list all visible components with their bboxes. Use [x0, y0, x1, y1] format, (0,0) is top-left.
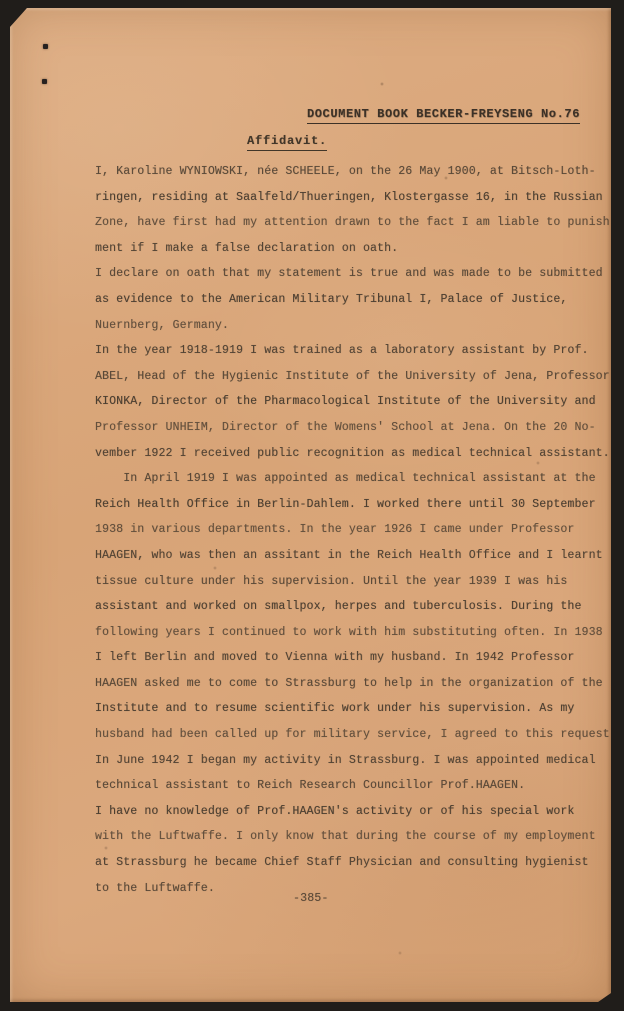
typed-line: Nuernberg, Germany.	[95, 313, 600, 339]
typed-line: I declare on oath that my statement is t…	[95, 261, 600, 287]
document-paper: DOCUMENT BOOK BECKER-FREYSENG No.76 Affi…	[10, 8, 611, 1002]
punch-hole-bottom	[42, 79, 47, 84]
page-number: -385-	[293, 892, 329, 905]
typed-line: at Strassburg he became Chief Staff Phys…	[95, 850, 600, 876]
document-book-header-text: DOCUMENT BOOK BECKER-FREYSENG No.76	[307, 107, 580, 124]
typed-line: with the Luftwaffe. I only know that dur…	[95, 824, 600, 850]
typed-line: technical assistant to Reich Research Co…	[95, 773, 600, 799]
typed-line: Professor UNHEIM, Director of the Womens…	[95, 415, 600, 441]
affidavit-title: Affidavit.	[247, 134, 327, 148]
typed-line: Institute and to resume scientific work …	[95, 696, 600, 722]
typed-line: ringen, residing at Saalfeld/Thueringen,…	[95, 185, 600, 211]
punch-hole-top	[43, 44, 48, 49]
typed-line: Zone, have first had my attention drawn …	[95, 210, 600, 236]
typed-line: I, Karoline WYNIOWSKI, née SCHEELE, on t…	[95, 159, 600, 185]
typed-line: ABEL, Head of the Hygienic Institute of …	[95, 364, 600, 390]
typed-line: assistant and worked on smallpox, herpes…	[95, 594, 600, 620]
typed-line: as evidence to the American Military Tri…	[95, 287, 600, 313]
typed-line: In April 1919 I was appointed as medical…	[95, 466, 600, 492]
typed-line: husband had been called up for military …	[95, 722, 600, 748]
typed-line: HAAGEN asked me to come to Strassburg to…	[95, 671, 600, 697]
typed-line: KIONKA, Director of the Pharmacological …	[95, 389, 600, 415]
affidavit-title-text: Affidavit.	[247, 134, 327, 151]
typed-line: vember 1922 I received public recognitio…	[95, 441, 600, 467]
typed-line: In June 1942 I began my activity in Stra…	[95, 748, 600, 774]
document-book-header: DOCUMENT BOOK BECKER-FREYSENG No.76	[307, 107, 580, 121]
affidavit-body: I, Karoline WYNIOWSKI, née SCHEELE, on t…	[95, 159, 600, 901]
typed-line: following years I continued to work with…	[95, 620, 600, 646]
typed-line: tissue culture under his supervision. Un…	[95, 569, 600, 595]
typed-line: to the Luftwaffe.	[95, 876, 600, 902]
typed-line: I have no knowledge of Prof.HAAGEN's act…	[95, 799, 600, 825]
photo-background: DOCUMENT BOOK BECKER-FREYSENG No.76 Affi…	[0, 0, 624, 1011]
typed-line: 1938 in various departments. In the year…	[95, 517, 600, 543]
typed-line: I left Berlin and moved to Vienna with m…	[95, 645, 600, 671]
typed-line: Reich Health Office in Berlin-Dahlem. I …	[95, 492, 600, 518]
typed-line: ment if I make a false declaration on oa…	[95, 236, 600, 262]
typed-line: In the year 1918-1919 I was trained as a…	[95, 338, 600, 364]
typed-line: HAAGEN, who was then an assitant in the …	[95, 543, 600, 569]
